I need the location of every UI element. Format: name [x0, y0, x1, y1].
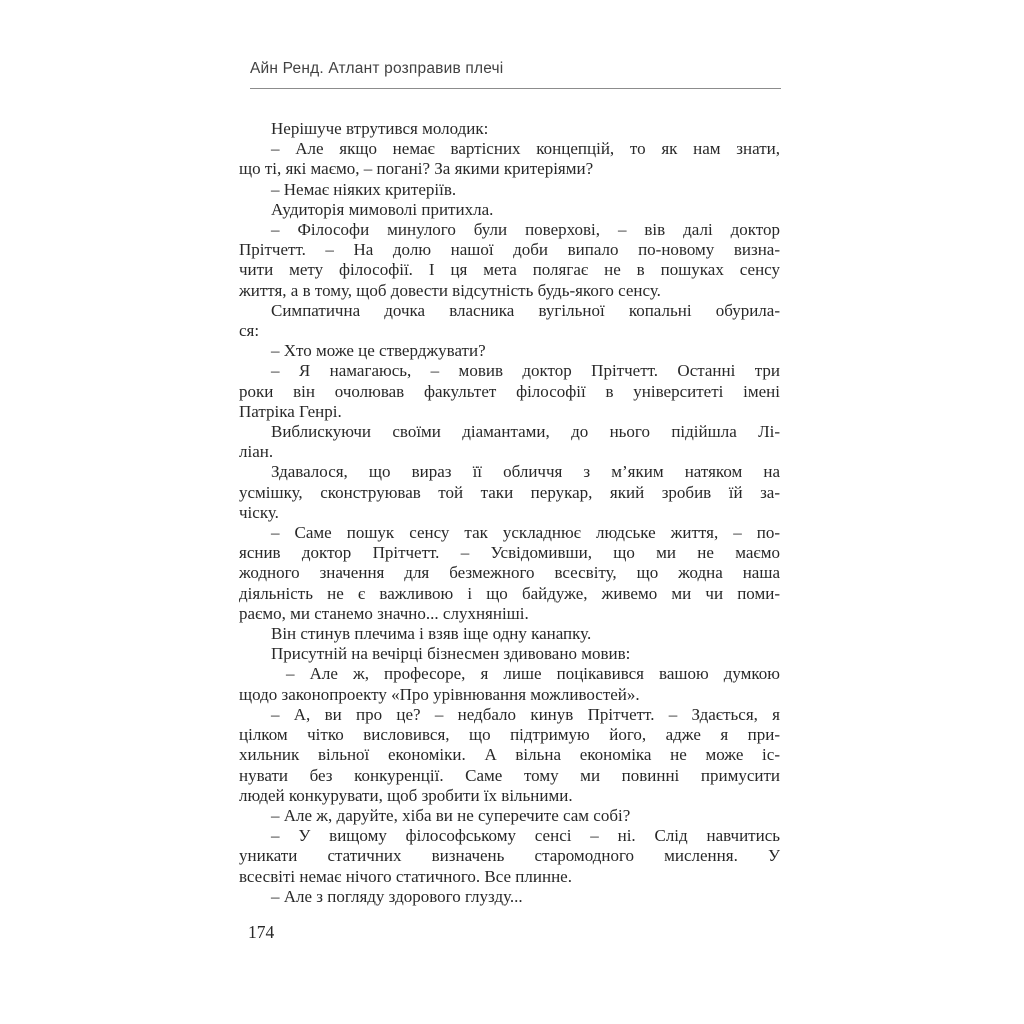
text-line: – Філософи минулого були поверхові, – ві… — [239, 220, 780, 240]
book-page: Айн Ренд. Атлант розправив плечі Нерішуч… — [0, 0, 1024, 1024]
paragraph: – Але ж, даруйте, хіба ви не суперечите … — [239, 806, 780, 826]
paragraph: – Саме пошук сенсу так ускладнює людське… — [239, 523, 780, 624]
text-line: Присутній на вечірці бізнесмен здивовано… — [239, 644, 780, 664]
paragraph: – Але ж, професоре, я лише поцікавився в… — [239, 664, 780, 704]
text-line: нувати без конкуренції. Саме тому ми пов… — [239, 766, 780, 786]
text-line: хильник вільної економіки. А вільна екон… — [239, 745, 780, 765]
text-line: Симпатична дочка власника вугільної копа… — [239, 301, 780, 321]
text-line: Прітчетт. – На долю нашої доби випало по… — [239, 240, 780, 260]
text-line: чіску. — [239, 503, 780, 523]
text-line: роки він очолював факультет філософії в … — [239, 382, 780, 402]
page-number: 174 — [248, 922, 274, 943]
text-line: що ті, які маємо, – погані? За якими кри… — [239, 159, 780, 179]
text-line: – Але ж, даруйте, хіба ви не суперечите … — [239, 806, 780, 826]
page-header: Айн Ренд. Атлант розправив плечі — [250, 59, 781, 89]
text-line: Аудиторія мимоволі притихла. — [239, 200, 780, 220]
text-line: Патріка Генрі. — [239, 402, 780, 422]
text-line: – Хто може це стверджувати? — [239, 341, 780, 361]
text-line: – Але якщо немає вартісних концепцій, то… — [239, 139, 780, 159]
paragraph: Симпатична дочка власника вугільної копа… — [239, 301, 780, 341]
text-line: ліан. — [239, 442, 780, 462]
paragraph: Присутній на вечірці бізнесмен здивовано… — [239, 644, 780, 664]
text-line: цілком чітко висловився, що підтримую йо… — [239, 725, 780, 745]
text-line: людей конкурувати, щоб зробити їх вільни… — [239, 786, 780, 806]
paragraph: – А, ви про це? – недбало кинув Прітчетт… — [239, 705, 780, 806]
text-line: – Але з погляду здорового глузду... — [239, 887, 780, 907]
text-line: – Саме пошук сенсу так ускладнює людське… — [239, 523, 780, 543]
paragraph: Він стинув плечима і взяв іще одну канап… — [239, 624, 780, 644]
text-line: – Я намагаюсь, – мовив доктор Прітчетт. … — [239, 361, 780, 381]
text-line: Нерішуче втрутився молодик: — [239, 119, 780, 139]
running-title: Айн Ренд. Атлант розправив плечі — [250, 59, 781, 78]
text-line: яснив доктор Прітчетт. – Усвідомивши, що… — [239, 543, 780, 563]
text-line: щодо законопроекту «Про урівнювання можл… — [239, 685, 780, 705]
text-line: – А, ви про це? – недбало кинув Прітчетт… — [239, 705, 780, 725]
paragraph: – Хто може це стверджувати? — [239, 341, 780, 361]
text-line: ся: — [239, 321, 780, 341]
text-line: Здавалося, що вираз її обличчя з м’яким … — [239, 462, 780, 482]
text-line: чити мету філософії. І ця мета полягає н… — [239, 260, 780, 280]
paragraph: – Філософи минулого були поверхові, – ві… — [239, 220, 780, 301]
text-line: жодного значення для безмежного всесвіту… — [239, 563, 780, 583]
text-line: всесвіті немає нічого статичного. Все пл… — [239, 867, 780, 887]
text-line: діяльність не є важливою і що байдуже, ж… — [239, 584, 780, 604]
paragraph: Аудиторія мимоволі притихла. — [239, 200, 780, 220]
text-line: життя, а в тому, щоб довести відсутність… — [239, 281, 780, 301]
text-line: уникати статичних визначень старомодного… — [239, 846, 780, 866]
text-line: Виблискуючи своїми діамантами, до нього … — [239, 422, 780, 442]
paragraph: Виблискуючи своїми діамантами, до нього … — [239, 422, 780, 462]
text-line: раємо, ми станемо значно... слухняніші. — [239, 604, 780, 624]
text-line: – Немає ніяких критеріїв. — [239, 180, 780, 200]
paragraph: Здавалося, що вираз її обличчя з м’яким … — [239, 462, 780, 523]
text-line: Він стинув плечима і взяв іще одну канап… — [239, 624, 780, 644]
header-rule — [250, 88, 781, 89]
paragraph: – Але якщо немає вартісних концепцій, то… — [239, 139, 780, 179]
text-line: – Але ж, професоре, я лише поцікавився в… — [239, 664, 780, 684]
paragraph: – Немає ніяких критеріїв. — [239, 180, 780, 200]
text-line: усмішку, сконструював той таки перукар, … — [239, 483, 780, 503]
paragraph: – У вищому філософському сенсі – ні. Слі… — [239, 826, 780, 887]
paragraph: Нерішуче втрутився молодик: — [239, 119, 780, 139]
text-line: – У вищому філософському сенсі – ні. Слі… — [239, 826, 780, 846]
body-text: Нерішуче втрутився молодик:– Але якщо не… — [239, 119, 780, 907]
paragraph: – Я намагаюсь, – мовив доктор Прітчетт. … — [239, 361, 780, 422]
paragraph: – Але з погляду здорового глузду... — [239, 887, 780, 907]
